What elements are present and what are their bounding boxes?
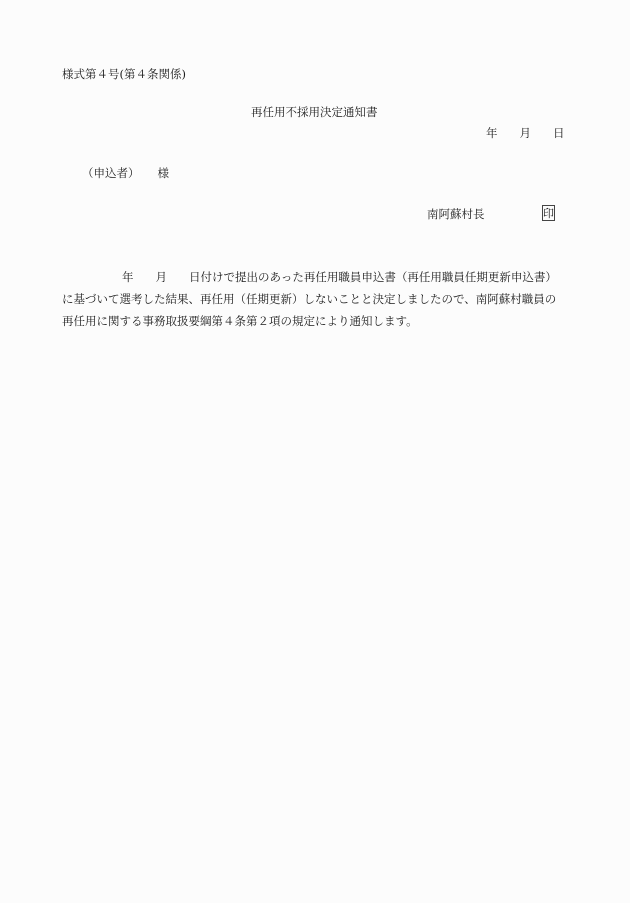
issuer-name: 南阿蘇村長 (427, 206, 485, 222)
seal-mark: 印 (542, 205, 555, 221)
document-title: 再任用不採用決定通知書 (251, 104, 378, 120)
body-line-3: 再任用に関する事務取扱要綱第４条第２項の規定により通知します。 (62, 310, 557, 332)
body-line-1-text: 日付けで提出のあった再任用職員申込書（再任用職員任期更新申込書） (189, 270, 557, 284)
date-year-label: 年 (486, 125, 498, 141)
addressee-honorific: 様 (158, 166, 170, 180)
form-number: 様式第４号(第４条関係) (62, 66, 186, 82)
body-text: 年月日付けで提出のあった再任用職員申込書（再任用職員任期更新申込書） に基づいて… (62, 266, 557, 332)
date-month-label: 月 (520, 125, 532, 141)
addressee-name: （申込者） (82, 166, 140, 180)
date-line: 年月日 (486, 125, 565, 141)
date-day-label: 日 (553, 125, 565, 141)
body-year-label: 年 (122, 270, 134, 284)
body-line-1: 年月日付けで提出のあった再任用職員申込書（再任用職員任期更新申込書） (62, 266, 557, 288)
body-line-2: に基づいて選考した結果、再任用（任期更新）しないことと決定しましたので、南阿蘇村… (62, 288, 557, 310)
addressee: （申込者）様 (82, 165, 169, 181)
body-month-label: 月 (156, 270, 168, 284)
